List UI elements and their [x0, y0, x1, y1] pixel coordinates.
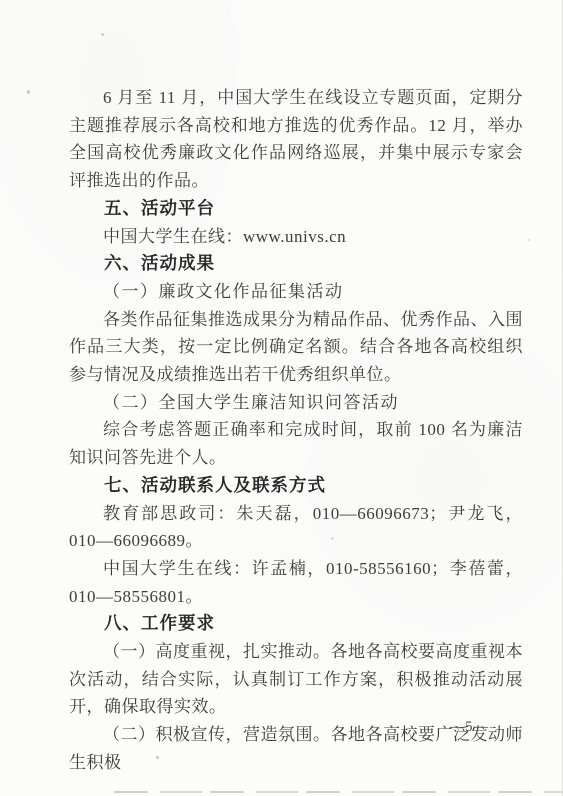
paragraph-contact-univs: 中国大学生在线：许孟楠，010-58556160；李蓓蕾，010—5855680… — [69, 555, 523, 610]
subheading-works-collection: （一）廉政文化作品征集活动 — [69, 278, 523, 306]
paragraph-works-categories: 各类作品征集推选成果分为精品作品、优秀作品、入围作品三大类，按一定比例确定名额。… — [69, 306, 523, 389]
heading-activity-platform: 五、活动平台 — [69, 195, 523, 223]
scan-speck — [156, 756, 159, 759]
document-body: 6 月至 11 月，中国大学生在线设立专题页面，定期分主题推荐展示各高校和地方推… — [69, 84, 523, 777]
heading-work-requirements: 八、工作要求 — [69, 610, 523, 638]
scan-speck — [527, 239, 530, 241]
heading-activity-results: 六、活动成果 — [69, 250, 523, 278]
scan-speck — [309, 101, 311, 103]
heading-contacts: 七、活动联系人及联系方式 — [69, 472, 523, 500]
paragraph-online-exhibit-schedule: 6 月至 11 月，中国大学生在线设立专题页面，定期分主题推荐展示各高校和地方推… — [69, 84, 523, 195]
paragraph-quiz-ranking: 综合考虑答题正确率和完成时间，取前 100 名为廉洁知识问答先进个人。 — [69, 416, 523, 471]
scan-edge-shadow — [114, 791, 562, 793]
page-number: —5— — [450, 719, 489, 736]
scan-speck — [27, 90, 30, 94]
scan-speck — [331, 537, 334, 540]
paragraph-platform-url: 中国大学生在线：www.univs.cn — [69, 223, 523, 251]
subheading-knowledge-quiz: （二）全国大学生廉洁知识问答活动 — [69, 389, 523, 417]
scanned-document-page: 6 月至 11 月，中国大学生在线设立专题页面，定期分主题推荐展示各高校和地方推… — [0, 0, 563, 796]
paragraph-requirement-1: （一）高度重视，扎实推动。各地各高校要高度重视本次活动，结合实际，认真制订工作方… — [69, 638, 523, 721]
paragraph-contact-moe: 教育部思政司：朱天磊，010—66096673；尹龙飞，010—66096689… — [69, 500, 523, 555]
scan-speck — [101, 33, 104, 36]
